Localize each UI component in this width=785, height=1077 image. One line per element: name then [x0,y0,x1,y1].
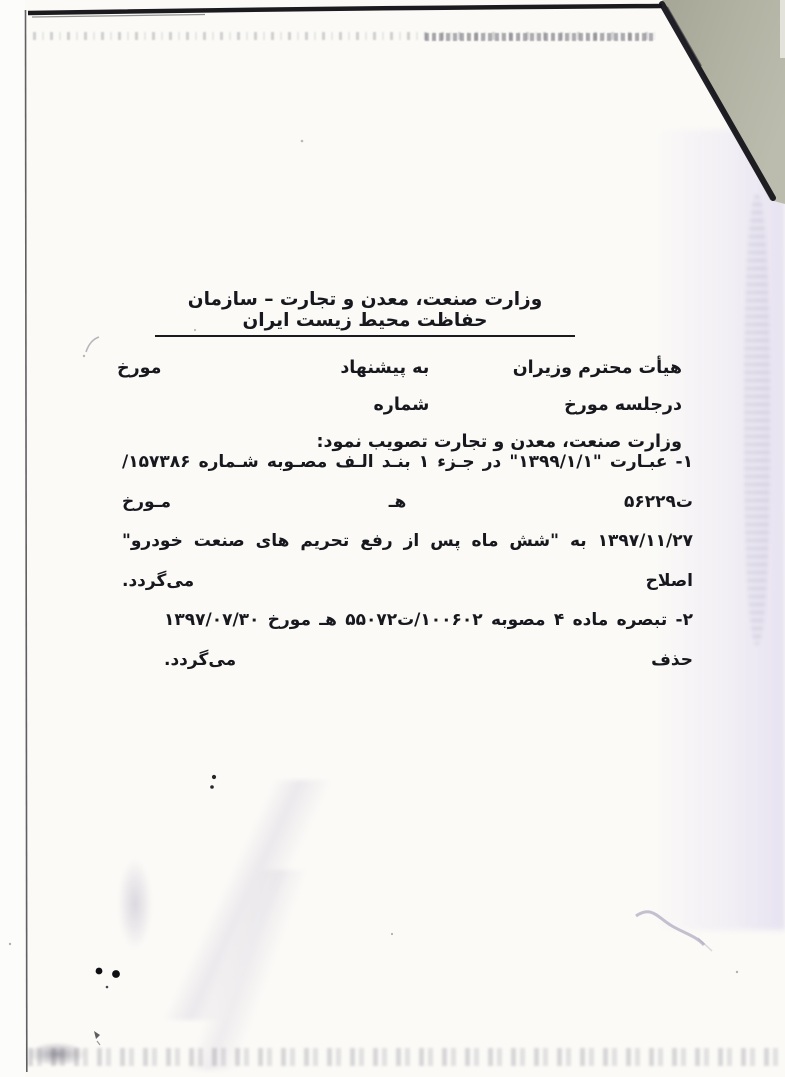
scanned-page: وزارت صنعت، معدن و تجارت – سازمان حفاظت … [0,0,785,1077]
scan-left-margin-strip [0,0,25,1077]
scan-right-edge-streak [744,195,770,645]
intro-line-1: هیأت محترم وزیران درجلسه مورخ به پیشنهاد… [117,350,682,424]
page-edge-line-top [28,6,662,13]
amendment-item-1-line-1: ۱- عبـارت "۱۳۹۹/۱/۱" در جـزء ۱ بنـد الـف… [122,443,693,522]
page-edge-line-left [26,10,27,1072]
pen-squiggle-tail [698,938,712,951]
page-edge-diagonal-echo [667,7,701,66]
document-title: وزارت صنعت، معدن و تجارت – سازمان حفاظت … [155,289,575,337]
scan-noise-bottom-blob [28,1042,86,1066]
scan-diagonal-smear-2 [55,870,435,1070]
colon-mark-top [212,775,216,779]
intro-line1-start: هیأت محترم وزیران درجلسه مورخ [482,350,682,424]
amendment-item-2-line-1: ۲- تبصره ماده ۴ مصوبه ۱۰۰۶۰۲/ت۵۵۰۷۲ هـ م… [164,601,693,680]
corner-white-sliver [780,0,785,58]
page-edge-line-top-echo [32,15,205,18]
dust-speck-1 [301,140,304,143]
pencil-tick-dot [83,355,85,357]
document-title-row: وزارت صنعت، معدن و تجارت – سازمان حفاظت … [155,289,575,337]
scan-noise-band-bottom [28,1048,785,1066]
intro-line1-middle: به پیشنهاد شماره [327,350,430,424]
intro-line1-end: مورخ [117,350,162,387]
pencil-tick [86,337,99,352]
amendment-item-1-line-2: ۱۳۹۷/۱۱/۲۷ به "شش ماه پس از رفع تحریم ها… [122,522,693,601]
scan-smudge-left [118,858,152,950]
scan-noise-band-top-dense [425,33,655,41]
dust-speck-4 [736,971,738,973]
amendment-items: ۱- عبـارت "۱۳۹۹/۱/۱" در جـزء ۱ بنـد الـف… [122,443,693,680]
